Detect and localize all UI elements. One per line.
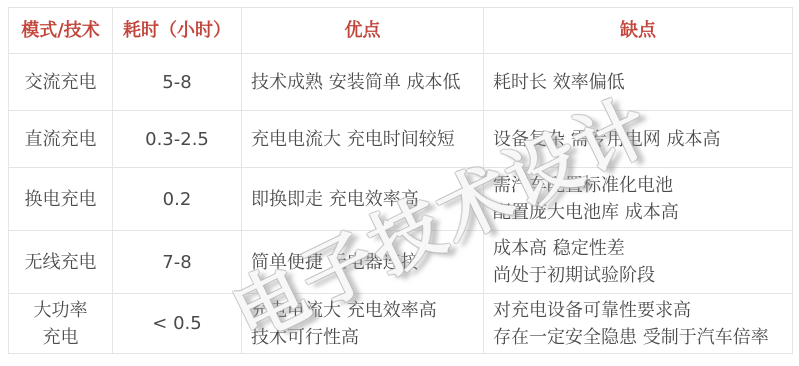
- cell-mode: 直流充电: [9, 111, 113, 168]
- charging-modes-table: 模式/技术 耗时（小时） 优点 缺点 交流充电 5-8 技术成熟 安装简单 成本…: [8, 7, 793, 354]
- header-row: 模式/技术 耗时（小时） 优点 缺点: [9, 8, 793, 54]
- cell-mode: 换电充电: [9, 168, 113, 231]
- page: 模式/技术 耗时（小时） 优点 缺点 交流充电 5-8 技术成熟 安装简单 成本…: [0, 0, 799, 366]
- cell-pros: 技术成熟 安装简单 成本低: [242, 54, 484, 111]
- table-row: 无线充电 7-8 简单便捷 无电器连接 成本高 稳定性差 尚处于初期试验阶段: [9, 231, 793, 294]
- table-row: 换电充电 0.2 即换即走 充电效率高 需汽车配置标准化电池 配置庞大电池库 成…: [9, 168, 793, 231]
- cell-cons: 设备复杂 需专用电网 成本高: [484, 111, 793, 168]
- cell-time: 7-8: [113, 231, 242, 294]
- cell-pros: 充电电流大 充电效率高 技术可行性高: [242, 294, 484, 354]
- cell-time: 5-8: [113, 54, 242, 111]
- column-header-time: 耗时（小时）: [113, 8, 242, 54]
- table-row: 直流充电 0.3-2.5 充电电流大 充电时间较短 设备复杂 需专用电网 成本高: [9, 111, 793, 168]
- cell-cons: 耗时长 效率偏低: [484, 54, 793, 111]
- cell-time: 0.3-2.5: [113, 111, 242, 168]
- column-header-cons: 缺点: [484, 8, 793, 54]
- cell-mode: 交流充电: [9, 54, 113, 111]
- cell-pros: 充电电流大 充电时间较短: [242, 111, 484, 168]
- cell-mode: 大功率 充电: [9, 294, 113, 354]
- cell-pros: 简单便捷 无电器连接: [242, 231, 484, 294]
- cell-cons: 成本高 稳定性差 尚处于初期试验阶段: [484, 231, 793, 294]
- cell-pros: 即换即走 充电效率高: [242, 168, 484, 231]
- cell-mode: 无线充电: [9, 231, 113, 294]
- cell-cons: 对充电设备可靠性要求高 存在一定安全隐患 受制于汽车倍率: [484, 294, 793, 354]
- cell-time: 0.2: [113, 168, 242, 231]
- cell-time: < 0.5: [113, 294, 242, 354]
- column-header-mode: 模式/技术: [9, 8, 113, 54]
- column-header-pros: 优点: [242, 8, 484, 54]
- table-row: 大功率 充电 < 0.5 充电电流大 充电效率高 技术可行性高 对充电设备可靠性…: [9, 294, 793, 354]
- table-row: 交流充电 5-8 技术成熟 安装简单 成本低 耗时长 效率偏低: [9, 54, 793, 111]
- cell-cons: 需汽车配置标准化电池 配置庞大电池库 成本高: [484, 168, 793, 231]
